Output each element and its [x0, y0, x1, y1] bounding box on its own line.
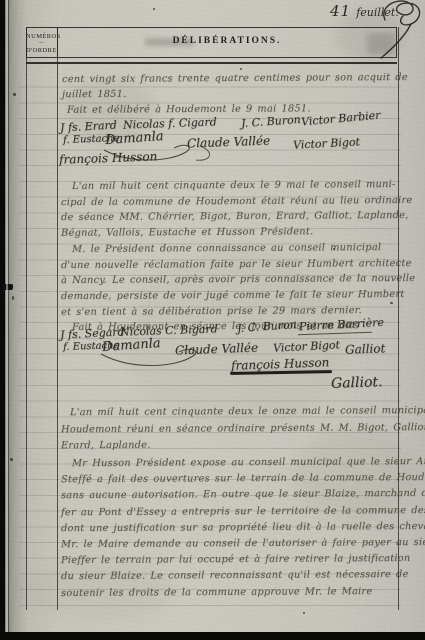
- folio-label: feuillet.: [356, 6, 399, 19]
- manuscript-line: dont une justification sur sa propriété …: [61, 521, 425, 534]
- manuscript-line: demande, persiste de voir jugé comme le …: [61, 289, 405, 302]
- folio-annotation: 41 feuillet.: [330, 1, 399, 20]
- folio-number: 41: [330, 2, 351, 20]
- manuscript-line: Mr. le Maire demande au conseil de l'aut…: [61, 537, 425, 550]
- manuscript-line: juillet 1851.: [62, 89, 127, 100]
- manuscript-line: Bégnat, Vallois, Eustache et Husson Prés…: [61, 226, 313, 239]
- signature: Claude Vallée: [187, 134, 271, 151]
- order-col-line2: D'ORDRE.: [26, 46, 57, 56]
- manuscript-line: Erard, Laplande.: [61, 440, 151, 452]
- margin-line-left: [26, 27, 27, 610]
- page-title: DÉLIBÉRATIONS.: [57, 36, 397, 46]
- order-column-heading: NUMÉROS — D'ORDRE.: [26, 32, 57, 56]
- document-photo: NUMÉROS — D'ORDRE. DÉLIBÉRATIONS. 41 feu…: [0, 0, 425, 640]
- page-edge-highlight: [6, 0, 8, 632]
- manuscript-line: L'an mil huit cent cinquante deux le onz…: [70, 405, 425, 418]
- ink-speck: [153, 8, 155, 10]
- manuscript-line: et s'en tient à sa délibération prise le…: [61, 305, 362, 318]
- manuscript-line: L'an mil huit cent cinquante deux le 9 m…: [72, 179, 396, 192]
- page-crease: [8, 0, 9, 632]
- manuscript-line: fer au Pont d'Essey a entrepris sur le t…: [61, 504, 425, 517]
- ink-speck: [303, 612, 305, 614]
- order-column-divider: [57, 27, 58, 610]
- signature: Claude Vallée: [175, 341, 259, 358]
- register-page: NUMÉROS — D'ORDRE. DÉLIBÉRATIONS. 41 feu…: [5, 0, 425, 632]
- manuscript-line: cipal de la commune de Houdemont était r…: [61, 195, 412, 208]
- ink-speck: [390, 302, 393, 304]
- signature: Galliot.: [331, 374, 383, 392]
- manuscript-line: Houdemont réuni en séance ordinaire prés…: [61, 422, 425, 436]
- manuscript-line: cent vingt six francs trente quatre cent…: [62, 72, 408, 85]
- ink-speck: [13, 93, 16, 96]
- header-double-rule: [26, 62, 397, 64]
- manuscript-line: Mr Husson Président expose au conseil mu…: [72, 456, 425, 469]
- ink-speck: [333, 248, 335, 250]
- manuscript-line: soutenir les droits de la commune approu…: [61, 586, 372, 599]
- ink-speck: [10, 458, 13, 461]
- ink-speck: [240, 68, 242, 70]
- signature: Galliot: [345, 341, 386, 356]
- ink-speck: [12, 296, 14, 300]
- manuscript-line: d'une nouvelle réclamation faite par le …: [61, 257, 412, 270]
